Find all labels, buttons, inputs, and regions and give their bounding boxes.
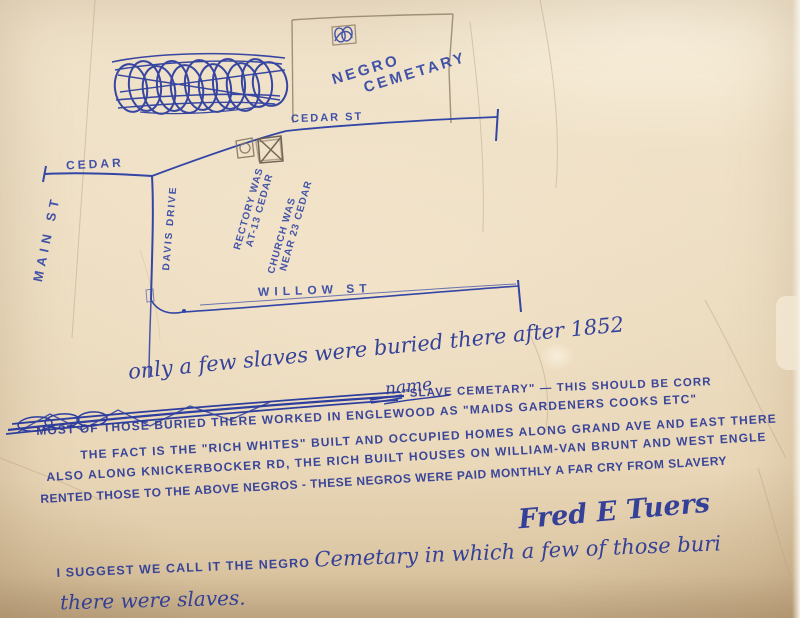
scanned-handwritten-document: NEGRO CEMETARY CEDAR ST CEDAR MAIN ST DA…: [0, 0, 800, 618]
cemetery-marker-square: [332, 25, 356, 45]
suggest-line-2: there were slaves.: [60, 586, 246, 615]
street-label-cedar-st: CEDAR ST: [291, 111, 364, 126]
church-marker-square: [256, 136, 283, 163]
street-label-cedar: CEDAR: [66, 156, 124, 173]
scribbled-out-text-block: [112, 54, 291, 117]
hand-drawn-map-sketch: [0, 0, 800, 618]
